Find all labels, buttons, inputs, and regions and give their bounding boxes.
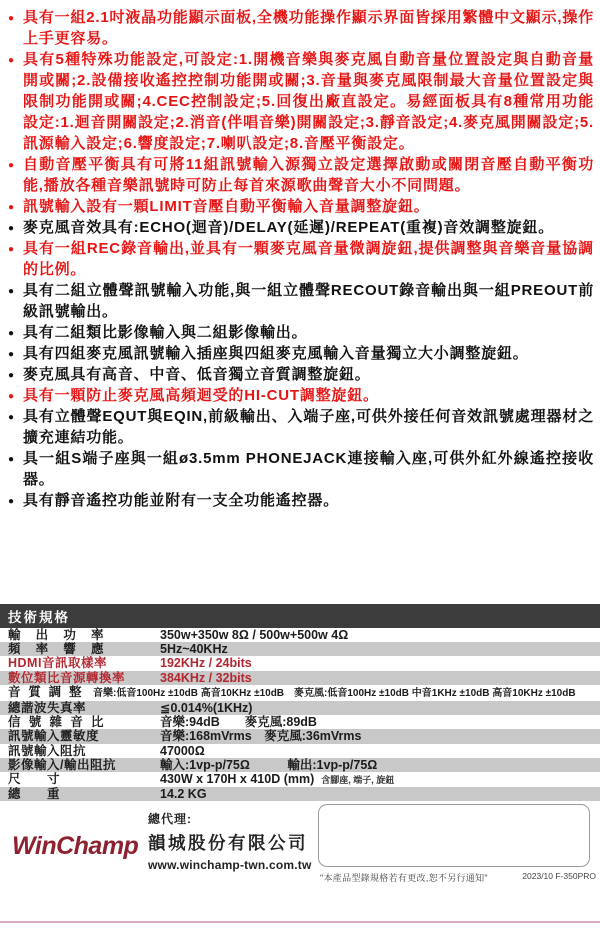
- spec-value: 350w+350w 8Ω / 500w+500w 4Ω: [160, 628, 348, 642]
- spec-value: 輸入:1vp-p/75Ω 輸出:1vp-p/75Ω: [160, 758, 377, 772]
- spec-row: 輸出功率350w+350w 8Ω / 500w+500w 4Ω: [0, 628, 600, 642]
- spec-label: 訊號輸入阻抗: [8, 744, 160, 758]
- distributor-info: 總代理: 韻城股份有限公司 www.winchamp-twn.com.tw: [148, 810, 312, 872]
- feature-item: 訊號輸入設有一顆LIMIT音壓自動平衡輸入音量調整旋鈕。: [8, 196, 594, 217]
- spec-row: 總諧波失真率≦0.014%(1KHz): [0, 701, 600, 715]
- spec-row: HDMI音訊取樣率192KHz / 24bits: [0, 656, 600, 670]
- feature-item: 具一組S端子座與一組ø3.5mm PHONEJACK連接輸入座,可供外紅外線遙控…: [8, 448, 594, 490]
- spec-label: 尺寸: [8, 772, 160, 786]
- spec-value: 192KHz / 24bits: [160, 656, 252, 670]
- spec-label: HDMI音訊取樣率: [8, 656, 160, 670]
- feature-item: 自動音壓平衡具有可將11組訊號輸入源獨立設定選擇啟動或關閉音壓自動平衡功能,播放…: [8, 154, 594, 196]
- spec-label: 頻率響應: [8, 642, 160, 656]
- spec-label: 輸出功率: [8, 628, 160, 642]
- spec-row: 信號雜音比音樂:94dB 麥克風:89dB: [0, 715, 600, 729]
- catalog-page: 具有一組2.1吋液晶功能顯示面板,全機功能操作顯示界面皆採用繁體中文顯示,操作上…: [0, 0, 600, 950]
- spec-row: 數位類比音源轉換率384KHz / 32bits: [0, 671, 600, 685]
- spec-value: 384KHz / 32bits: [160, 671, 252, 685]
- spec-row: 尺寸430W x 170H x 410D (mm)含腳座, 端子, 旋鈕: [0, 772, 600, 787]
- spec-value: 音樂:低音100Hz ±10dB 高音10KHz ±10dB 麥克風:低音100…: [93, 687, 576, 701]
- spec-table-title: 技術規格: [0, 604, 600, 628]
- spec-label: 音質調整: [8, 685, 93, 699]
- spec-row: 頻率響應5Hz~40KHz: [0, 642, 600, 656]
- feature-item: 麥克風具有高音、中音、低音獨立音質調整旋鈕。: [8, 364, 594, 385]
- spec-row: 訊號輸入靈敏度音樂:168mVrms 麥克風:36mVrms: [0, 729, 600, 743]
- spec-rows: 輸出功率350w+350w 8Ω / 500w+500w 4Ω頻率響應5Hz~4…: [0, 628, 600, 801]
- spec-value: 音樂:94dB 麥克風:89dB: [160, 715, 317, 729]
- dealer-stamp-box: [318, 804, 590, 867]
- company-website: www.winchamp-twn.com.tw: [148, 858, 312, 872]
- distributor-label: 總代理:: [148, 810, 312, 827]
- disclaimer-text: "本產品型錄規格若有更改,恕不另行通知": [320, 871, 488, 884]
- spec-row: 影像輸入/輸出阻抗輸入:1vp-p/75Ω 輸出:1vp-p/75Ω: [0, 758, 600, 772]
- spec-label: 訊號輸入靈敏度: [8, 729, 160, 743]
- spec-row: 音質調整音樂:低音100Hz ±10dB 高音10KHz ±10dB 麥克風:低…: [0, 685, 600, 701]
- spec-note: 含腳座, 端子, 旋鈕: [321, 773, 394, 787]
- feature-item: 具有5種特殊功能設定,可設定:1.開機音樂與麥克風自動音量位置設定與自動音量開或…: [8, 49, 594, 154]
- spec-row: 訊號輸入阻抗47000Ω: [0, 744, 600, 758]
- feature-item: 具有一顆防止麥克風高頻迴受的HI-CUT調整旋鈕。: [8, 385, 594, 406]
- spec-label: 信號雜音比: [8, 715, 160, 729]
- spec-label: 總諧波失真率: [8, 701, 160, 715]
- spec-value: 430W x 170H x 410D (mm): [160, 772, 314, 786]
- spec-label: 數位類比音源轉換率: [8, 671, 160, 685]
- spec-value: ≦0.014%(1KHz): [160, 701, 252, 715]
- feature-item: 具有立體聲EQUT與EQIN,前級輸出、入端子座,可供外接任何音效訊號處理器材之…: [8, 406, 594, 448]
- bottom-divider: [0, 921, 600, 923]
- feature-item: 麥克風音效具有:ECHO(迴音)/DELAY(延遲)/REPEAT(重複)音效調…: [8, 217, 594, 238]
- feature-item: 具有一組REC錄音輸出,並具有一顆麥克風音量微調旋鈕,提供調整與音樂音量協調的比…: [8, 238, 594, 280]
- winchamp-logo: WinChamp: [12, 832, 138, 861]
- feature-item: 具有靜音遙控功能並附有一支全功能遙控器。: [8, 490, 594, 511]
- spec-value: 5Hz~40KHz: [160, 642, 228, 656]
- spec-label: 總重: [8, 787, 160, 801]
- feature-item: 具有四組麥克風訊號輸入插座與四組麥克風輸入音量獨立大小調整旋鈕。: [8, 343, 594, 364]
- spec-value: 47000Ω: [160, 744, 205, 758]
- spec-value: 音樂:168mVrms 麥克風:36mVrms: [160, 729, 361, 743]
- feature-list: 具有一組2.1吋液晶功能顯示面板,全機功能操作顯示界面皆採用繁體中文顯示,操作上…: [0, 0, 600, 511]
- feature-item: 具有一組2.1吋液晶功能顯示面板,全機功能操作顯示界面皆採用繁體中文顯示,操作上…: [8, 7, 594, 49]
- spec-row: 總重14.2 KG: [0, 787, 600, 801]
- company-name: 韻城股份有限公司: [148, 830, 312, 855]
- feature-item: 具有二組類比影像輸入與二組影像輸出。: [8, 322, 594, 343]
- feature-item: 具有二組立體聲訊號輸入功能,與一組立體聲RECOUT錄音輸出與一組PREOUT前…: [8, 280, 594, 322]
- catalog-code: 2023/10 F-350PRO: [522, 871, 596, 881]
- spec-value: 14.2 KG: [160, 787, 207, 801]
- spec-label: 影像輸入/輸出阻抗: [8, 758, 160, 772]
- spec-table: 技術規格 輸出功率350w+350w 8Ω / 500w+500w 4Ω頻率響應…: [0, 604, 600, 801]
